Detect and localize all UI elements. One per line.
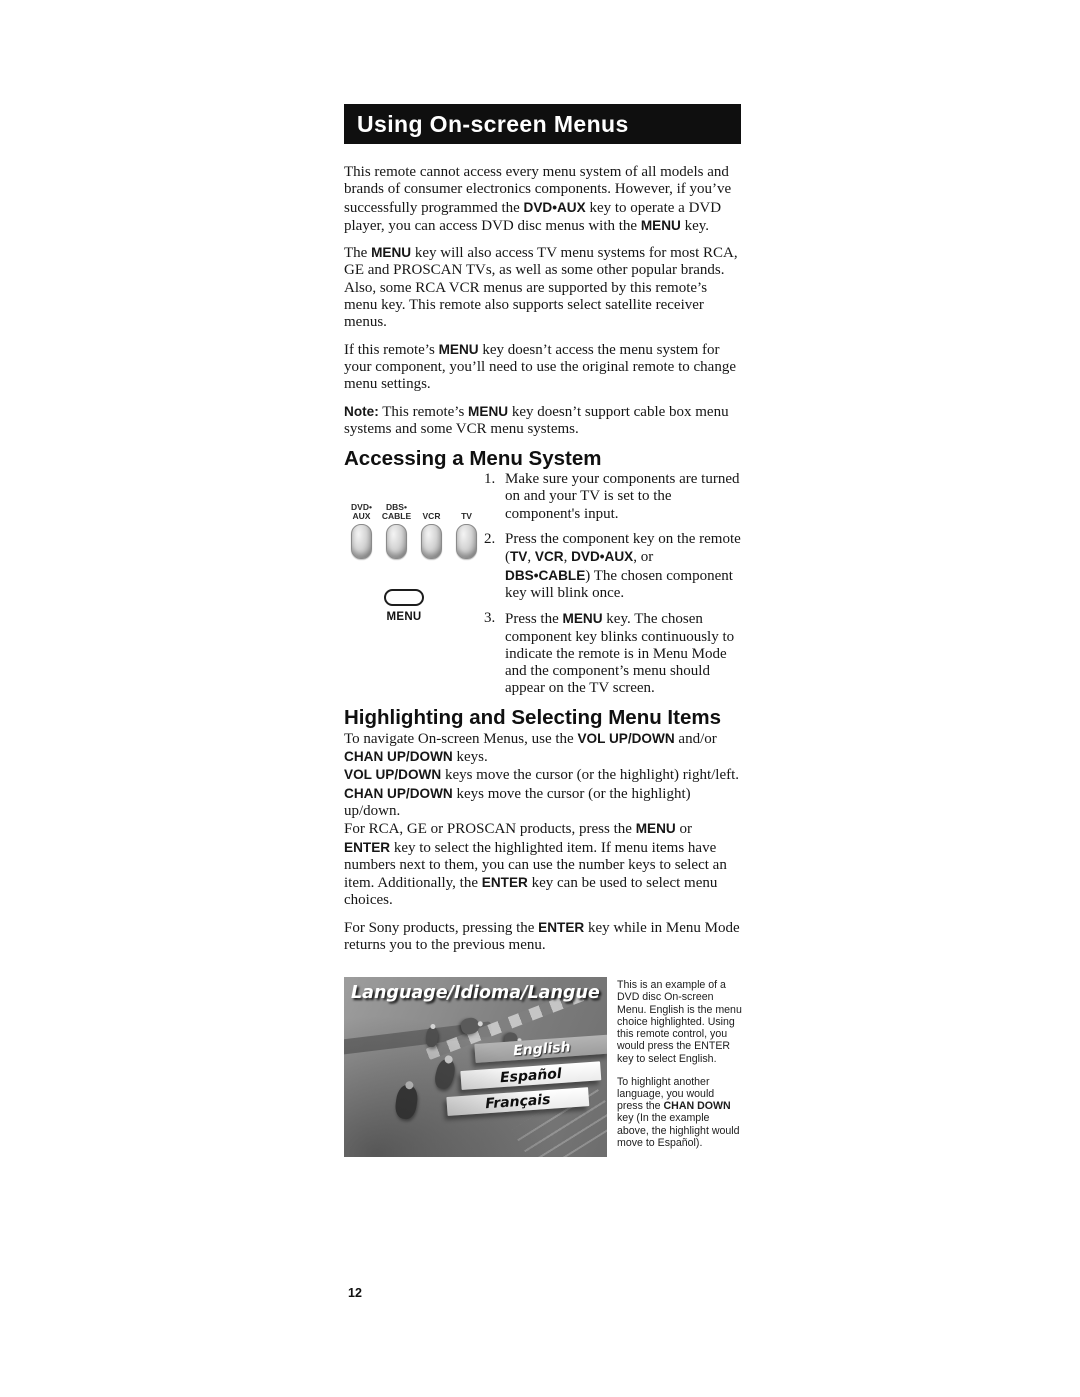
remote-key-dvd-aux: DVD• AUX (344, 502, 379, 559)
section-heading-accessing-menu-system: Accessing a Menu System (344, 447, 741, 471)
key-label-line: TV (449, 512, 484, 521)
body-paragraph: VOL UP/DOWN keys move the cursor (or the… (344, 766, 741, 820)
remote-key-dbs-cable: DBS• CABLE (379, 502, 414, 559)
remote-key-label: DVD• AUX (344, 502, 379, 521)
remote-key-tv: TV (449, 502, 484, 559)
step-text: Make sure your components are turned on … (505, 471, 741, 523)
body-paragraph: For Sony products, pressing the ENTER ke… (344, 919, 741, 955)
step-text: Press the component key on the remote (T… (505, 531, 741, 602)
intro-paragraph: If this remote’s MENU key doesn’t access… (344, 341, 741, 394)
menu-key-button (384, 589, 424, 606)
step-number: 1. (484, 471, 505, 523)
body-paragraph: To navigate On-screen Menus, use the VOL… (344, 730, 741, 767)
page-title-bar: Using On-screen Menus (344, 104, 741, 144)
step-text: Press the MENU key. The chosen component… (505, 610, 741, 697)
example-media-row: Language/Idioma/Langue English Español F… (344, 977, 741, 1160)
page-number: 12 (348, 1286, 362, 1300)
dvd-menu-screenshot: Language/Idioma/Langue English Español F… (344, 977, 607, 1157)
intro-note-paragraph: Note: This remote’s MENU key doesn’t sup… (344, 403, 741, 439)
section-heading-highlighting-menu-items: Highlighting and Selecting Menu Items (344, 706, 741, 730)
remote-key-label: TV (449, 502, 484, 521)
caption-paragraph: This is an example of a DVD disc On-scre… (617, 979, 743, 1064)
step-item: 2. Press the component key on the remote… (484, 531, 741, 602)
component-key-button (386, 524, 407, 559)
key-label-line: CABLE (379, 512, 414, 521)
intro-paragraph: The MENU key will also access TV menu sy… (344, 244, 741, 331)
body-paragraph: For RCA, GE or PROSCAN products, press t… (344, 820, 741, 909)
key-label-line: VCR (414, 512, 449, 521)
highlighting-section: To navigate On-screen Menus, use the VOL… (344, 730, 741, 955)
content-column: Using On-screen Menus This remote cannot… (344, 104, 741, 1160)
step-item: 3. Press the MENU key. The chosen compon… (484, 610, 741, 697)
accessing-menu-row: DVD• AUX DBS• CABLE (344, 471, 741, 706)
remote-key-label: VCR (414, 502, 449, 521)
intro-paragraph: This remote cannot access every menu sys… (344, 164, 741, 235)
intro-section: This remote cannot access every menu sys… (344, 164, 741, 438)
remote-key-label: DBS• CABLE (379, 502, 414, 521)
dvd-menu-option-english-highlighted: English (474, 1035, 607, 1063)
step-number: 3. (484, 610, 505, 697)
steps-list: 1. Make sure your components are turned … (484, 471, 741, 706)
remote-keys-illustration: DVD• AUX DBS• CABLE (344, 471, 484, 706)
step-number: 2. (484, 531, 505, 602)
remote-key-vcr: VCR (414, 502, 449, 559)
step-item: 1. Make sure your components are turned … (484, 471, 741, 523)
menu-key-label: MENU (382, 611, 426, 623)
page-title: Using On-screen Menus (357, 111, 629, 138)
manual-page: Using On-screen Menus This remote cannot… (0, 0, 1080, 1397)
menu-key-illustration: MENU (382, 589, 426, 623)
caption-paragraph: To highlight another language, you would… (617, 1076, 743, 1149)
component-keys-row: DVD• AUX DBS• CABLE (344, 502, 484, 559)
example-caption: This is an example of a DVD disc On-scre… (617, 977, 743, 1160)
key-label-line: AUX (344, 512, 379, 521)
dvd-menu-title: Language/Idioma/Langue (351, 983, 600, 1003)
motorcycle-rider (394, 1084, 420, 1121)
component-key-button (456, 524, 477, 559)
component-key-button (351, 524, 372, 559)
motorcycle-rider (433, 1058, 458, 1091)
component-key-button (421, 524, 442, 559)
